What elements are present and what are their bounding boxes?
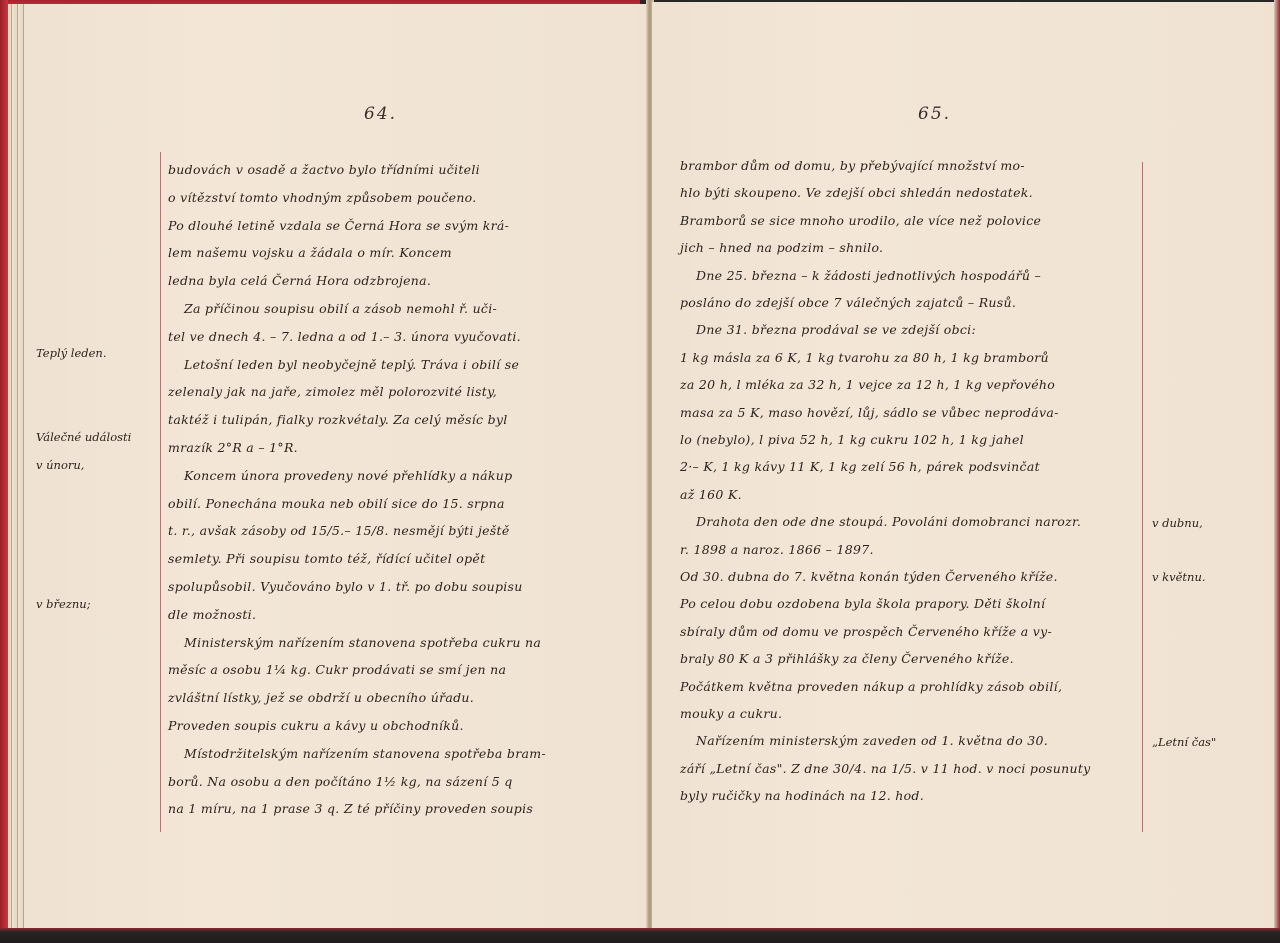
- text-line: Ministerským nařízením stanovena spotřeb…: [184, 635, 541, 650]
- text-line: ledna byla celá Černá Hora odzbrojena.: [168, 273, 431, 288]
- margin-note: v květnu.: [1152, 570, 1206, 584]
- text-line: byly ručičky na hodinách na 12. hod.: [680, 788, 924, 803]
- left-page: 64. budovách v osadě a žactvo bylo třídn…: [24, 4, 648, 928]
- text-line: masa za 5 K, maso hovězí, lůj, sádlo se …: [680, 405, 1059, 420]
- book-cover-left-edge: [0, 0, 8, 930]
- text-line: Bramborů se sice mnoho urodilo, ale více…: [680, 213, 1041, 228]
- text-line: Proveden soupis cukru a kávy u obchodník…: [168, 718, 464, 733]
- text-line: Počátkem května proveden nákup a prohlíd…: [680, 679, 1062, 694]
- text-line: Místodržitelským nařízením stanovena spo…: [184, 746, 546, 761]
- margin-note: Válečné události: [36, 430, 131, 444]
- text-line: Drahota den ode dne stoupá. Povoláni dom…: [696, 514, 1081, 529]
- text-line: mrazík 2°R a – 1°R.: [168, 440, 298, 455]
- text-line: sbíraly dům od domu ve prospěch Červenéh…: [680, 624, 1052, 639]
- text-line: semlety. Při soupisu tomto též, řídící u…: [168, 551, 485, 566]
- text-line: posláno do zdejší obce 7 válečných zajat…: [680, 295, 1016, 310]
- text-line: Nařízením ministerským zaveden od 1. kvě…: [696, 733, 1048, 748]
- text-line: měsíc a osobu 1¼ kg. Cukr prodávati se s…: [168, 662, 506, 677]
- text-line: mouky a cukru.: [680, 706, 782, 721]
- text-line: lo (nebylo), l piva 52 h, 1 kg cukru 102…: [680, 432, 1024, 447]
- text-line: brambor dům od domu, by přebývající množ…: [680, 158, 1025, 173]
- text-line: Od 30. dubna do 7. května konán týden Če…: [680, 569, 1058, 584]
- text-line: 1 kg másla za 6 K, 1 kg tvarohu za 80 h,…: [680, 350, 1049, 365]
- text-line: spolupůsobil. Vyučováno bylo v 1. tř. po…: [168, 579, 523, 594]
- text-line: borů. Na osobu a den počítáno 1½ kg, na …: [168, 774, 513, 789]
- margin-note: Teplý leden.: [36, 346, 107, 360]
- text-line: Dne 31. března prodával se ve zdejší obc…: [696, 322, 976, 337]
- page-number: 65.: [918, 104, 951, 124]
- text-line: za 20 h, l mléka za 32 h, 1 vejce za 12 …: [680, 377, 1055, 392]
- text-line: o vítězství tomto vhodným způsobem pouče…: [168, 190, 477, 205]
- text-line: až 160 K.: [680, 487, 742, 502]
- text-line: Dne 25. března – k žádosti jednotlivých …: [696, 268, 1041, 283]
- page-number: 64.: [364, 104, 397, 124]
- book-cover-bottom-edge: [0, 928, 1280, 943]
- text-line: zvláštní lístky, jež se obdrží u obecníh…: [168, 690, 474, 705]
- text-line: na 1 míru, na 1 prase 3 q. Z té příčiny …: [168, 801, 533, 816]
- text-line: září „Letní čas". Z dne 30/4. na 1/5. v …: [680, 761, 1091, 776]
- text-line: 2·– K, 1 kg kávy 11 K, 1 kg zelí 56 h, p…: [680, 459, 1040, 474]
- right-page: 65. brambor dům od domu, by přebývající …: [652, 2, 1276, 928]
- text-line: jich – hned na podzim – shnilo.: [680, 240, 883, 255]
- text-line: hlo býti skoupeno. Ve zdejší obci shledá…: [680, 185, 1033, 200]
- text-line: obilí. Ponechána mouka neb obilí sice do…: [168, 496, 505, 511]
- text-line: Koncem února provedeny nové přehlídky a …: [184, 468, 512, 483]
- margin-rule: [1142, 162, 1143, 832]
- text-line: Za příčinou soupisu obilí a zásob nemohl…: [184, 301, 497, 316]
- margin-note: v dubnu,: [1152, 516, 1203, 530]
- text-line: Po celou dobu ozdobena byla škola prapor…: [680, 596, 1045, 611]
- text-line: tel ve dnech 4. – 7. ledna a od 1.– 3. ú…: [168, 329, 521, 344]
- text-line: Po dlouhé letině vzdala se Černá Hora se…: [168, 218, 509, 233]
- text-line: budovách v osadě a žactvo bylo třídními …: [168, 162, 480, 177]
- book-cover-right-edge: [1274, 0, 1280, 930]
- text-line: zelenaly jak na jaře, zimolez měl poloro…: [168, 384, 497, 399]
- margin-note: „Letní čas": [1152, 735, 1216, 749]
- text-line: dle možnosti.: [168, 607, 256, 622]
- text-line: t. r., avšak zásoby od 15/5.– 15/8. nesm…: [168, 523, 510, 538]
- text-line: taktéž i tulipán, fialky rozkvétaly. Za …: [168, 412, 508, 427]
- margin-note: v březnu;: [36, 597, 91, 611]
- text-line: Letošní leden byl neobyčejně teplý. Tráv…: [184, 357, 519, 372]
- text-line: r. 1898 a naroz. 1866 – 1897.: [680, 542, 874, 557]
- text-line: lem našemu vojsku a žádala o mír. Koncem: [168, 245, 452, 260]
- margin-rule: [160, 152, 161, 832]
- text-line: braly 80 K a 3 přihlášky za členy Červen…: [680, 651, 1014, 666]
- margin-note: v únoru,: [36, 458, 84, 472]
